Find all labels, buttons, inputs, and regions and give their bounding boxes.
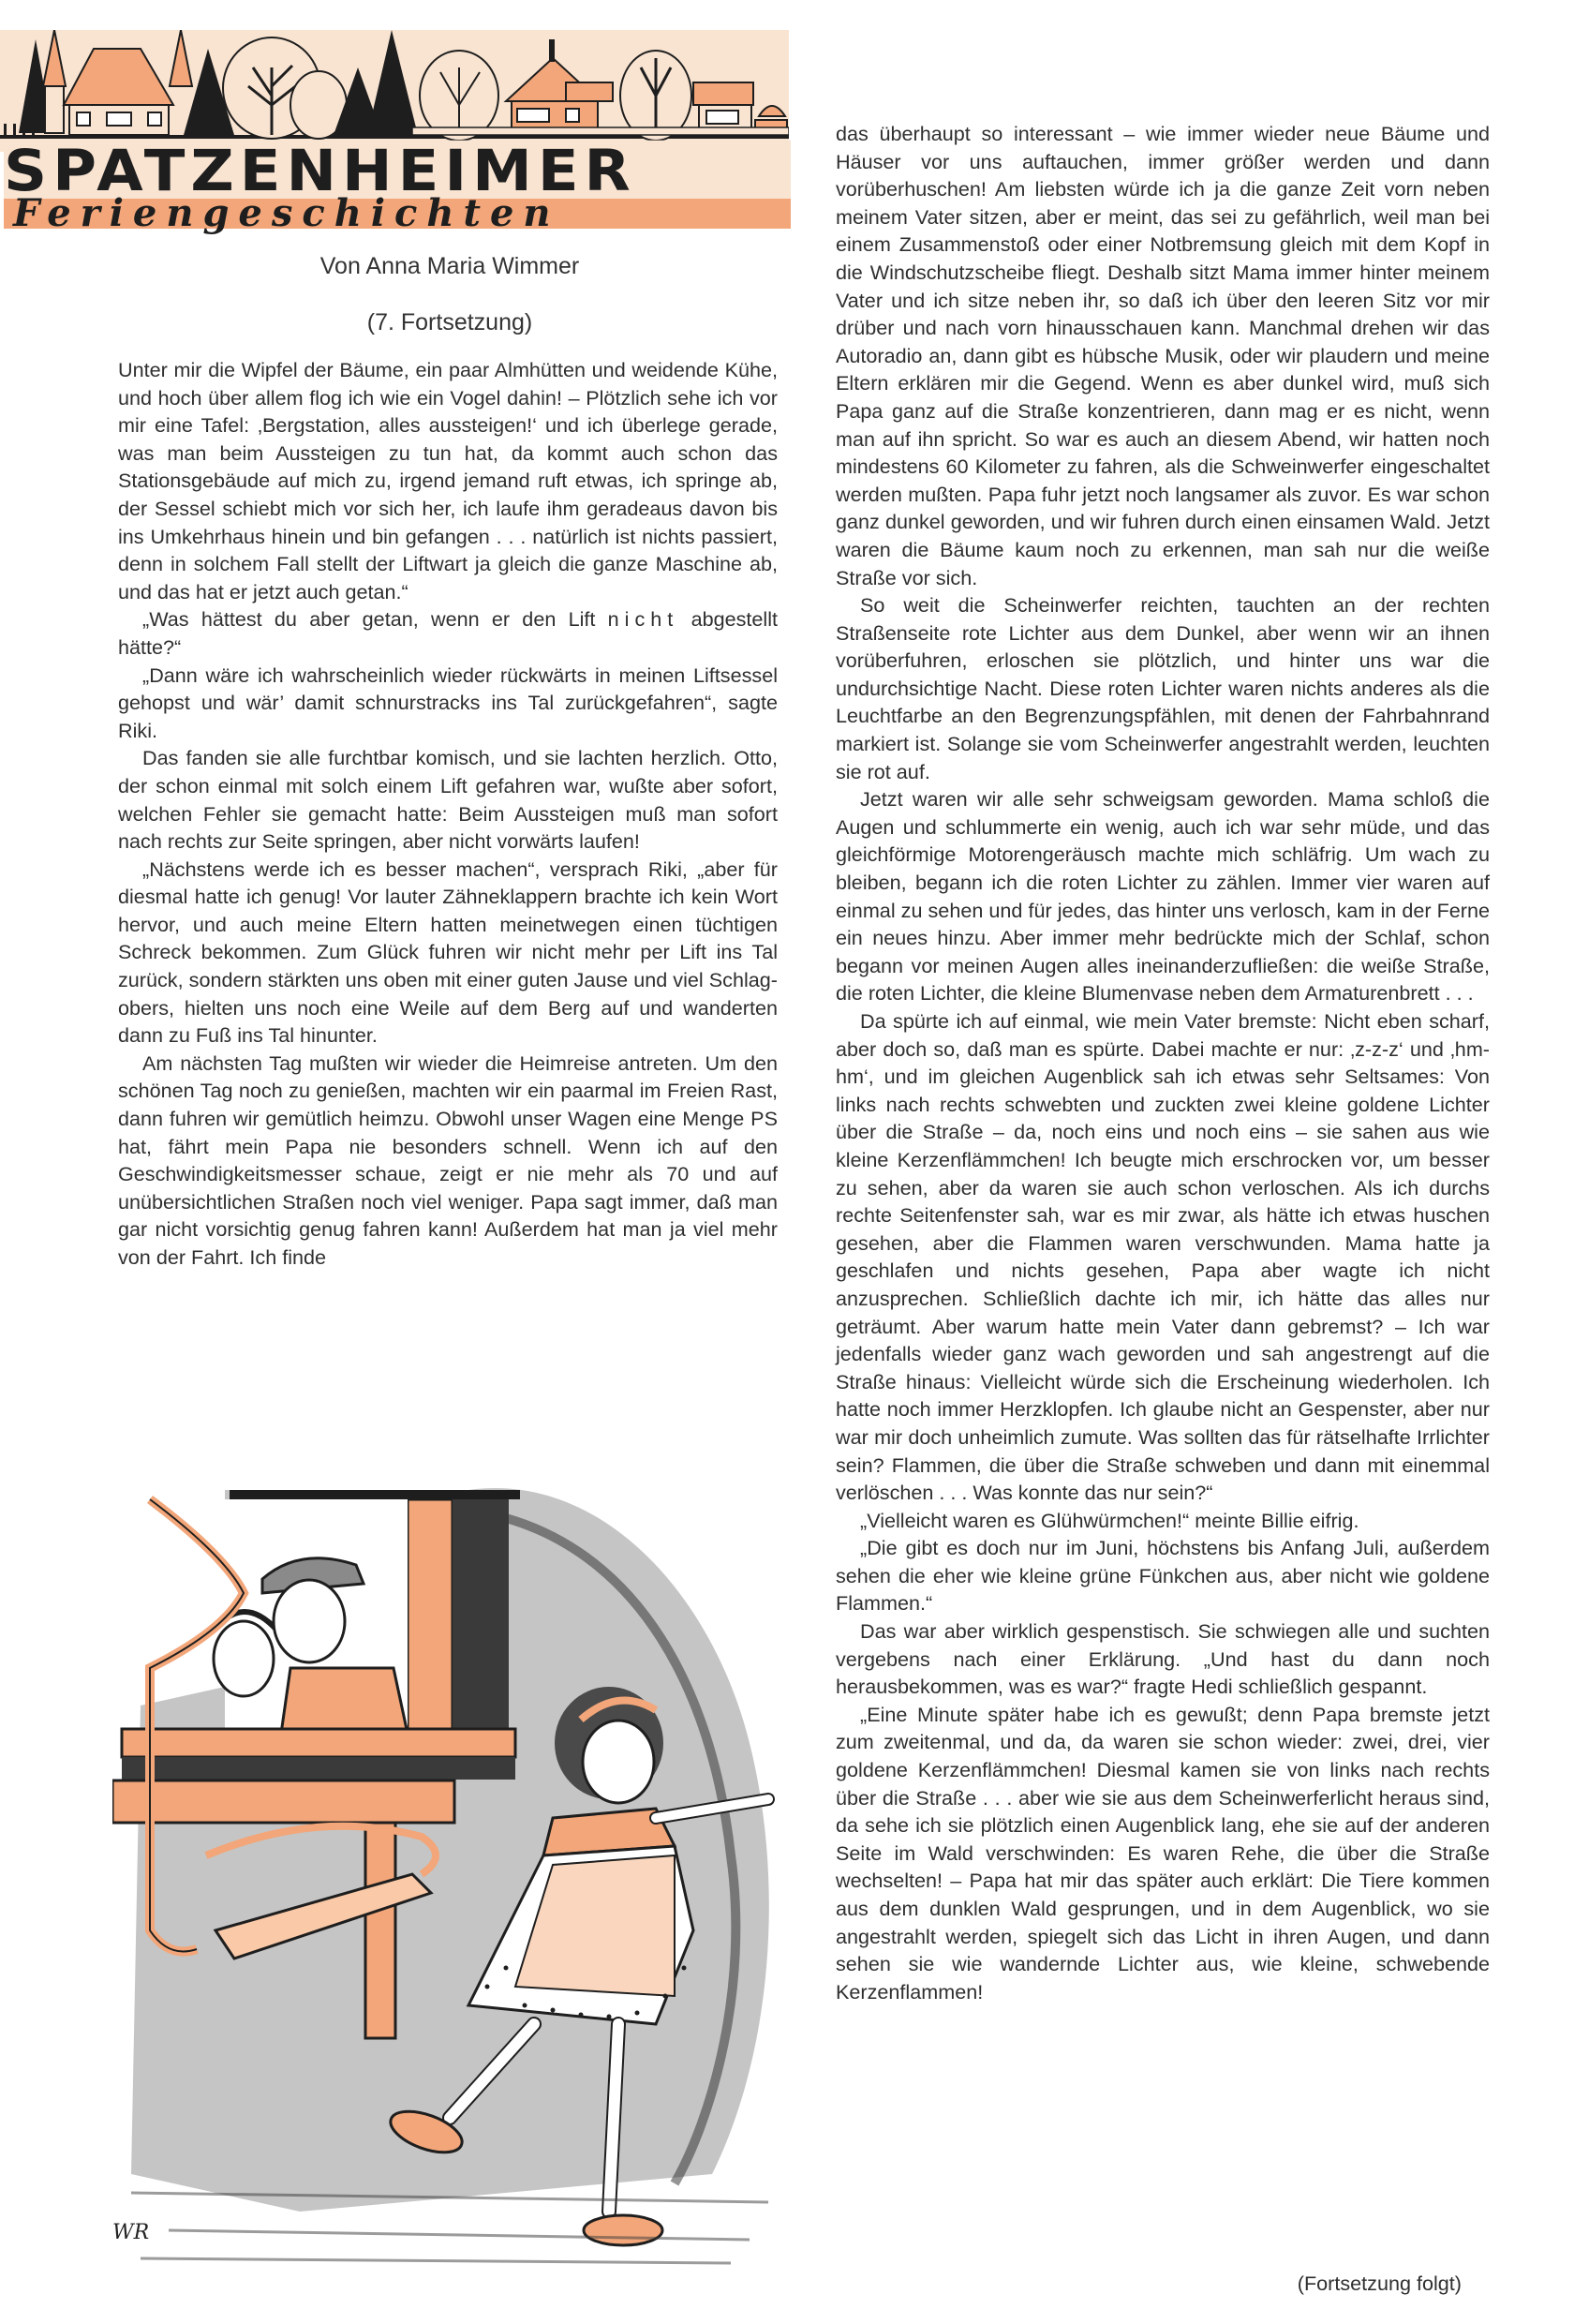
paragraph-text: „Was hättest du aber getan, wenn er den … xyxy=(142,607,595,631)
paragraph: „Vielleicht waren es Glühwürmchen!“ mein… xyxy=(836,1507,1490,1535)
masthead-subtitle: Feriengeschichten xyxy=(4,199,791,229)
emphasized-word: nicht xyxy=(608,607,679,631)
paragraph: Da spürte ich auf einmal, wie mein Vater… xyxy=(836,1007,1490,1507)
masthead: SPATZENHEIMER Feriengeschichten xyxy=(0,28,796,234)
paragraph: Unter mir die Wipfel der Bäume, ein paar… xyxy=(118,356,778,605)
installment-label: (7. Fortsetzung) xyxy=(112,309,787,336)
paragraph: Jetzt waren wir alle sehr schweigsam gew… xyxy=(836,785,1490,1007)
paragraph: „Dann wäre ich wahrscheinlich wieder rüc… xyxy=(118,662,778,745)
chairlift-scene-icon xyxy=(112,1406,806,2277)
paragraph: das überhaupt so interessant – wie immer… xyxy=(836,120,1490,591)
paragraph: Am nächsten Tag mußten wir wieder die He… xyxy=(118,1050,778,1272)
article-column-right: das überhaupt so interessant – wie immer… xyxy=(836,120,1490,2005)
paragraph: Das fanden sie alle furchtbar komisch, u… xyxy=(118,744,778,855)
paragraph: So weit die Scheinwerfer reichten, tauch… xyxy=(836,591,1490,785)
village-skyline-icon xyxy=(0,30,789,152)
paragraph: „Was hättest du aber getan, wenn er den … xyxy=(118,605,778,661)
paragraph: „Nächstens werde ich es besser machen“, … xyxy=(118,856,778,1050)
paragraph: Das war aber wirklich gespenstisch. Sie … xyxy=(836,1617,1490,1701)
illustrator-signature: WR xyxy=(112,2221,149,2244)
article-column-left: Unter mir die Wipfel der Bäume, ein paar… xyxy=(118,356,778,1272)
byline: Von Anna Maria Wimmer xyxy=(112,253,787,280)
to-be-continued-label: (Fortsetzung folgt) xyxy=(1181,2272,1462,2296)
story-illustration xyxy=(112,1406,806,2277)
village-skyline-illustration xyxy=(0,30,789,152)
paragraph: „Eine Minute später habe ich es gewußt; … xyxy=(836,1701,1490,2006)
paragraph: „Die gibt es doch nur im Juni, höchstens… xyxy=(836,1534,1490,1617)
